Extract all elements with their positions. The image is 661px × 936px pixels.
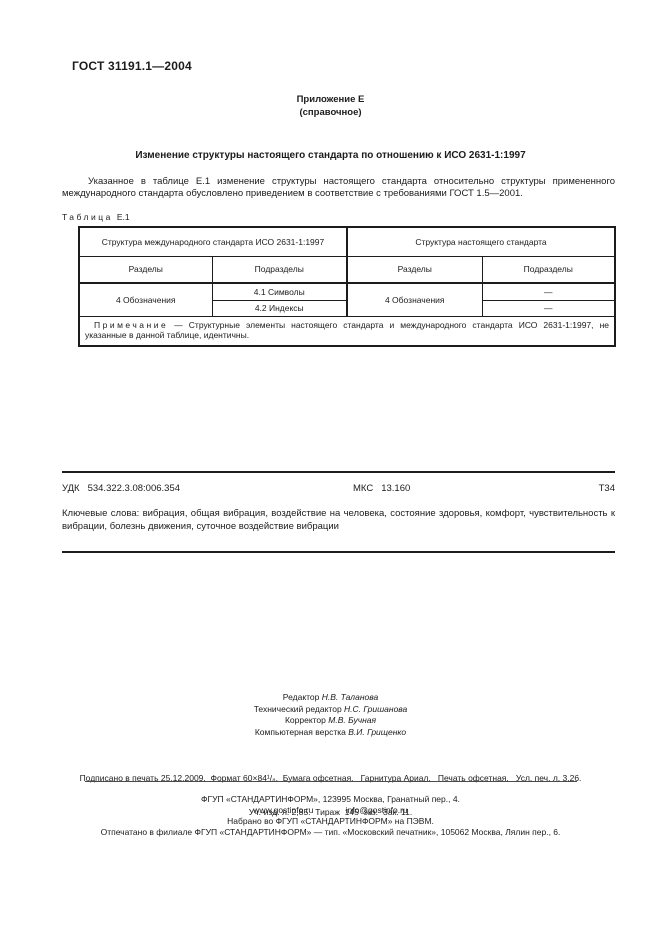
table-note-row: Примечание — Структурные элементы настоя… [79,316,615,346]
col-header-std-subsections: Подразделы [482,256,615,283]
staff-line-editor: Редактор Н.В. Таланова [0,692,661,704]
table-caption: ТаблицаЕ.1 [62,212,130,222]
staff-name: Н.С. Гришанова [344,704,407,714]
publisher-contacts: www.gostinfo.ru info@gostinfo.ru [0,805,661,816]
structure-comparison-table: Структура международного стандарта ИСО 2… [78,226,616,347]
staff-line-technical-editor: Технический редактор Н.С. Гришанова [0,704,661,716]
gost-document-page: ГОСТ 31191.1—2004 Приложение Е (справочн… [0,0,661,936]
printed-line: Отпечатано в филиале ФГУП «СТАНДАРТИНФОР… [0,827,661,838]
table-group-header-row: Структура международного стандарта ИСО 2… [79,227,615,256]
udk-label: УДК [62,483,80,494]
annex-type: (справочное) [0,107,661,120]
okstu-code: Т34 [599,483,615,494]
intro-paragraph: Указанное в таблице Е.1 изменение структ… [62,176,615,200]
publisher-address: ФГУП «СТАНДАРТИНФОРМ», 123995 Москва, Гр… [0,794,661,805]
annex-label: Приложение Е [0,94,661,107]
mks-entry: МКС13.160 [353,483,410,494]
doc-number: ГОСТ 31191.1—2004 [72,59,192,73]
typeset-line: Набрано во ФГУП «СТАНДАРТИНФОРМ» на ПЭВМ… [0,816,661,827]
col-group-iso: Структура международного стандарта ИСО 2… [79,227,347,256]
publisher-website: www.gostinfo.ru [253,805,313,815]
colophon-staff-block: Редактор Н.В. Таланова Технический редак… [0,692,661,738]
staff-name: М.В. Бучная [328,715,376,725]
staff-name: Н.В. Таланова [322,692,378,702]
staff-line-proofreader: Корректор М.В. Бучная [0,715,661,727]
col-header-iso-sections: Разделы [79,256,212,283]
cell-iso-subsection-2: 4.2 Индексы [212,300,347,316]
publisher-imprint-block: ФГУП «СТАНДАРТИНФОРМ», 123995 Москва, Гр… [0,794,661,838]
col-header-std-sections: Разделы [347,256,482,283]
mks-label: МКС [353,483,373,494]
table-note-cell: Примечание — Структурные элементы настоя… [79,316,615,346]
table-caption-word: Таблица [62,212,113,222]
classification-row: УДК534.322.3.08:006.354 МКС13.160 Т34 [62,483,615,494]
table-caption-number: Е.1 [117,212,130,222]
udk-value: 534.322.3.08:006.354 [88,483,180,494]
print-info-line-1: Подписано в печать 25.12.2009. Формат 60… [0,773,661,784]
mks-value: 13.160 [381,483,410,494]
cell-iso-subsection-1: 4.1 Символы [212,283,347,300]
keywords-paragraph: Ключевые слова: вибрация, общая вибрация… [62,507,615,533]
cell-std-section: 4 Обозначения [347,283,482,316]
separator-rule-middle [62,551,615,553]
staff-role: Корректор [285,715,326,725]
staff-name: В.И. Грищенко [348,727,406,737]
cell-iso-section: 4 Обозначения [79,283,212,316]
staff-role: Компьютерная верстка [255,727,346,737]
col-group-std: Структура настоящего стандарта [347,227,615,256]
table-note-label: Примечание [94,320,168,330]
page-title: Изменение структуры настоящего стандарта… [30,150,631,161]
cell-std-subsection-1: — [482,283,615,300]
annex-heading: Приложение Е (справочное) [0,94,661,119]
separator-rule-top [62,471,615,473]
staff-role: Редактор [283,692,320,702]
table-header-row: Разделы Подразделы Разделы Подразделы [79,256,615,283]
cell-std-subsection-2: — [482,300,615,316]
staff-line-layout: Компьютерная верстка В.И. Грищенко [0,727,661,739]
separator-rule-bottom [85,781,577,782]
col-header-iso-subsections: Подразделы [212,256,347,283]
table-row: 4 Обозначения 4.1 Символы 4 Обозначения … [79,283,615,300]
staff-role: Технический редактор [254,704,342,714]
publisher-email: info@gostinfo.ru [346,805,408,815]
